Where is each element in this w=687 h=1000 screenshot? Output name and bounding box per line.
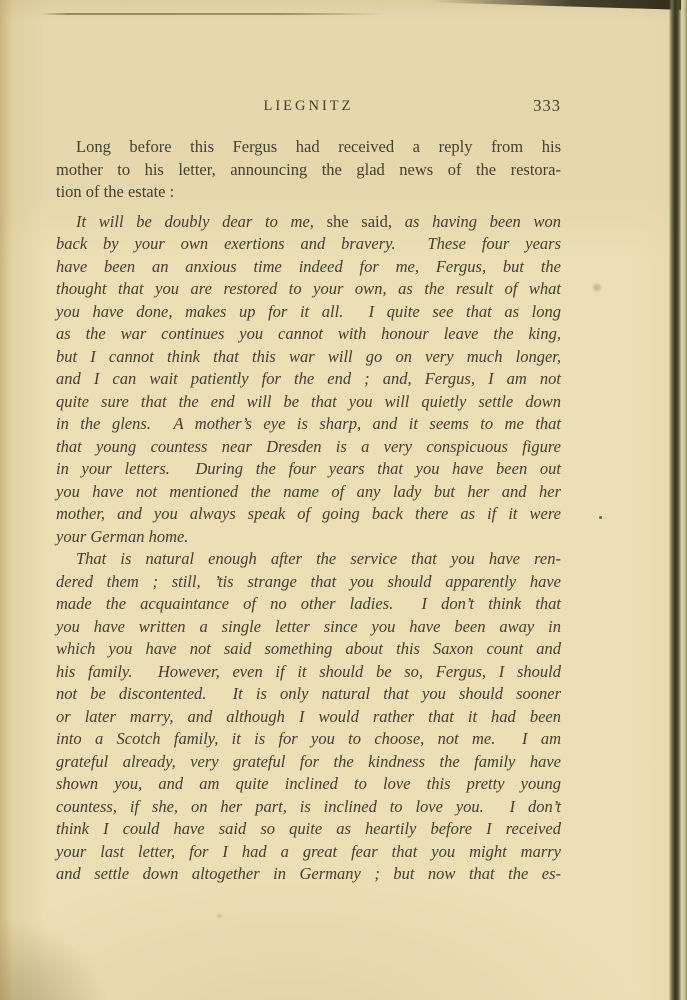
text-line: or later marry, and although I would rat… xyxy=(56,706,561,729)
text-line: made the acquaintance of no other ladies… xyxy=(56,593,561,616)
text-line: your last letter, for I had a great fear… xyxy=(56,841,561,864)
text-line: shown you, and am quite inclined to love… xyxy=(56,773,561,796)
text-line: not be discontented. It is only natural … xyxy=(56,683,561,706)
text-line: your German home. xyxy=(56,526,561,549)
italic-segment: It will be doubly dear to me, xyxy=(76,212,314,231)
text-line: that young countess near Dresden is a ve… xyxy=(56,436,561,459)
text-line: have been an anxious time indeed for me,… xyxy=(56,256,561,279)
text-line: dered them ; still, ’tis strange that yo… xyxy=(56,571,561,594)
adjacent-page-edge xyxy=(681,0,687,1000)
text-line: you have done, makes up for it all. I qu… xyxy=(56,301,561,324)
text-line: mother to his letter, announcing the gla… xyxy=(56,159,561,182)
text-line: It will be doubly dear to me, she said, … xyxy=(56,211,561,234)
text-line: back by your own exertions and bravery. … xyxy=(56,233,561,256)
roman-segment: she said, xyxy=(314,212,405,231)
paragraph-letter-1: It will be doubly dear to me, she said, … xyxy=(56,211,561,549)
page-number: 333 xyxy=(533,96,561,116)
text-line: grateful already, very grateful for the … xyxy=(56,751,561,774)
text-line: tion of the estate : xyxy=(56,181,561,204)
paper-crease-line xyxy=(40,13,385,15)
text-line: but I cannot think that this war will go… xyxy=(56,346,561,369)
page-top-edge-shadow xyxy=(430,0,687,10)
text-line: in the glens. A mother’s eye is sharp, a… xyxy=(56,413,561,436)
book-edge-strip xyxy=(669,0,681,1000)
page-header: LIEGNITZ 333 xyxy=(56,96,561,118)
text-line: his family. However, even if it should b… xyxy=(56,661,561,684)
text-line: you have not mentioned the name of any l… xyxy=(56,481,561,504)
book-page: LIEGNITZ 333 Long before this Fergus had… xyxy=(0,0,687,1000)
paragraph-intro: Long before this Fergus had received a r… xyxy=(56,136,561,204)
paragraph-letter-2: That is natural enough after the service… xyxy=(56,548,561,886)
paper-speck xyxy=(599,516,602,519)
text-line: countess, if she, on her part, is inclin… xyxy=(56,796,561,819)
text-line: quite sure that the end will be that you… xyxy=(56,391,561,414)
text-block: Long before this Fergus had received a r… xyxy=(56,136,561,886)
paper-smudge xyxy=(593,284,601,291)
text-line: which you have not said something about … xyxy=(56,638,561,661)
text-line: and I can wait patiently for the end ; a… xyxy=(56,368,561,391)
italic-segment: as having been won xyxy=(405,212,561,231)
text-line: into a Scotch family, it is for you to c… xyxy=(56,728,561,751)
text-line: That is natural enough after the service… xyxy=(56,548,561,571)
text-line: and settle down altogether in Germany ; … xyxy=(56,863,561,886)
text-line: thought that you are restored to your ow… xyxy=(56,278,561,301)
page-content: LIEGNITZ 333 Long before this Fergus had… xyxy=(56,96,561,886)
paper-speck xyxy=(217,914,222,918)
text-line: in your letters. During the four years t… xyxy=(56,458,561,481)
text-line: mother, and you always speak of going ba… xyxy=(56,503,561,526)
running-title: LIEGNITZ xyxy=(56,98,561,115)
text-line: as the war continues you cannot with hon… xyxy=(56,323,561,346)
text-line: think I could have said so quite as hear… xyxy=(56,818,561,841)
text-line: Long before this Fergus had received a r… xyxy=(56,136,561,159)
text-line: you have written a single letter since y… xyxy=(56,616,561,639)
